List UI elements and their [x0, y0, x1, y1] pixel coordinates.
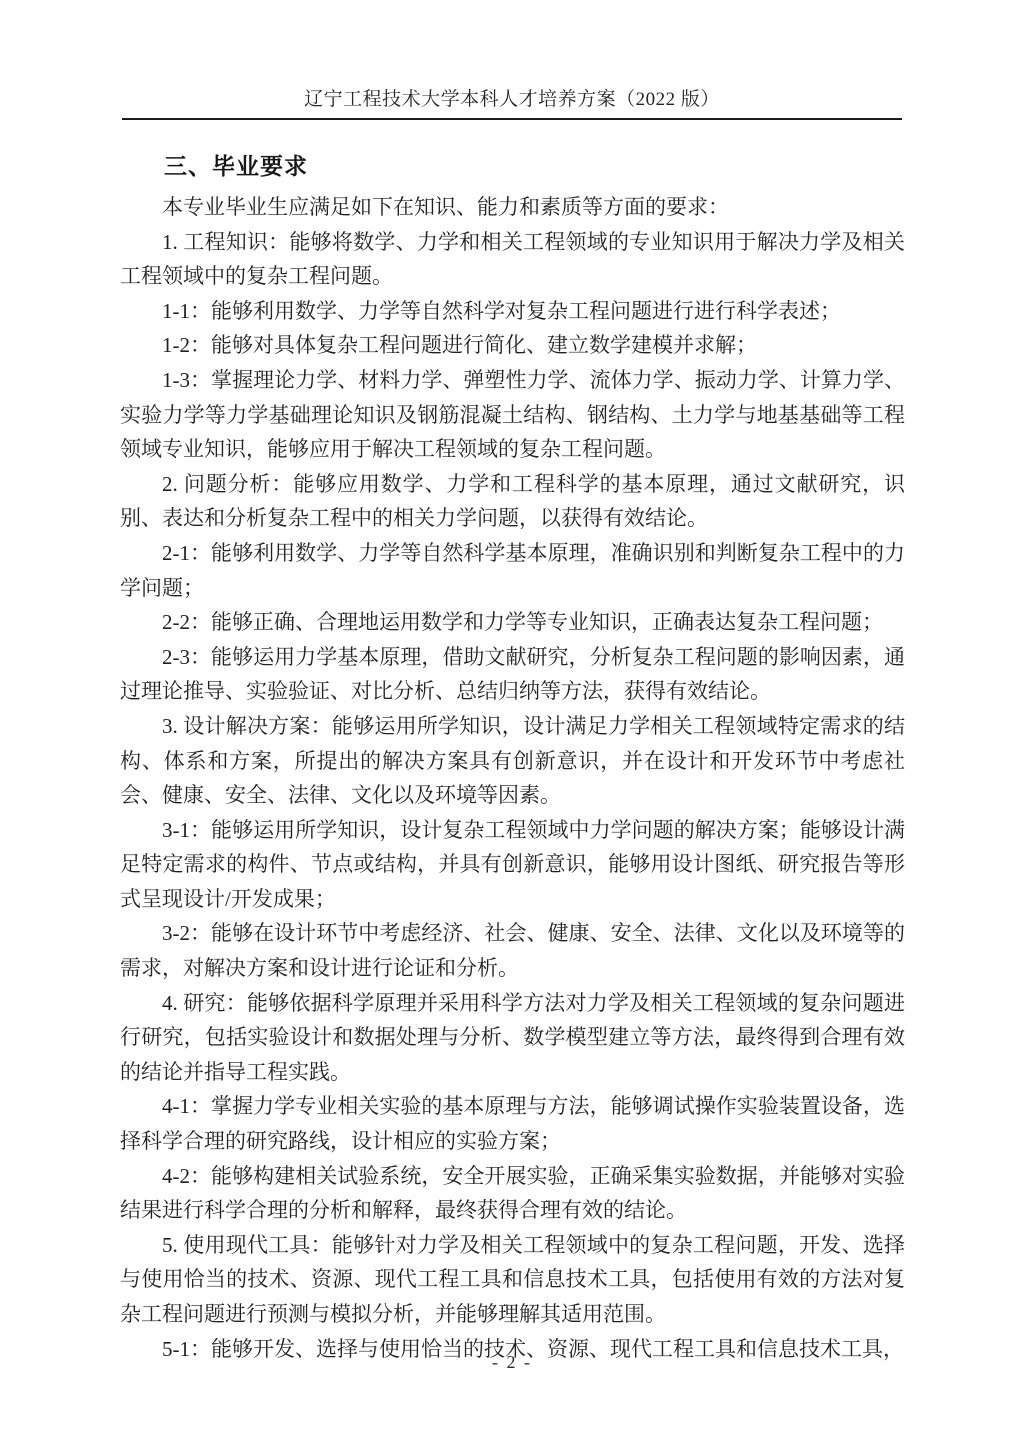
document-body: 三、毕业要求 本专业毕业生应满足如下在知识、能力和素质等方面的要求： 1. 工程…	[120, 150, 905, 1366]
body-paragraph-req-2-1: 2-1：能够利用数学、力学等自然科学基本原理，准确识别和判断复杂工程中的力学问题…	[120, 536, 905, 605]
body-paragraph-req-1-3: 1-3：掌握理论力学、材料力学、弹塑性力学、流体力学、振动力学、计算力学、实验力…	[120, 363, 905, 467]
body-paragraph-req-5: 5. 使用现代工具：能够针对力学及相关工程领域中的复杂工程问题，开发、选择与使用…	[120, 1228, 905, 1332]
body-paragraph-req-2-3: 2-3：能够运用力学基本原理，借助文献研究，分析复杂工程问题的影响因素，通过理论…	[120, 640, 905, 709]
body-paragraph-intro: 本专业毕业生应满足如下在知识、能力和素质等方面的要求：	[120, 190, 905, 225]
page-header-title: 辽宁工程技术大学本科人才培养方案（2022 版）	[122, 88, 902, 112]
body-paragraph-req-3-2: 3-2：能够在设计环节中考虑经济、社会、健康、安全、法律、文化以及环境等的需求，…	[120, 916, 905, 985]
body-paragraph-req-4-2: 4-2：能够构建相关试验系统，安全开展实验，正确采集实验数据，并能够对实验结果进…	[120, 1159, 905, 1228]
body-paragraph-req-2-2: 2-2：能够正确、合理地运用数学和力学等专业知识，正确表达复杂工程问题；	[120, 605, 905, 640]
body-paragraph-req-1: 1. 工程知识：能够将数学、力学和相关工程领域的专业知识用于解决力学及相关工程领…	[120, 225, 905, 294]
body-paragraph-req-1-2: 1-2：能够对具体复杂工程问题进行简化、建立数学建模并求解；	[120, 328, 905, 363]
header-rule	[122, 118, 902, 120]
body-paragraph-req-3-1: 3-1：能够运用所学知识，设计复杂工程领域中力学问题的解决方案；能够设计满足特定…	[120, 813, 905, 917]
body-paragraph-req-2: 2. 问题分析：能够应用数学、力学和工程科学的基本原理，通过文献研究，识别、表达…	[120, 467, 905, 536]
section-title: 三、毕业要求	[120, 150, 905, 183]
body-paragraph-req-3: 3. 设计解决方案：能够运用所学知识，设计满足力学相关工程领域特定需求的结构、体…	[120, 709, 905, 813]
body-paragraph-req-1-1: 1-1：能够利用数学、力学等自然科学对复杂工程问题进行进行科学表述；	[120, 294, 905, 329]
page-number: - 2 -	[0, 1352, 1024, 1373]
body-paragraph-req-4: 4. 研究：能够依据科学原理并采用科学方法对力学及相关工程领域的复杂问题进行研究…	[120, 986, 905, 1090]
body-paragraph-req-4-1: 4-1：掌握力学专业相关实验的基本原理与方法，能够调试操作实验装置设备，选择科学…	[120, 1089, 905, 1158]
document-page: 辽宁工程技术大学本科人才培养方案（2022 版） 三、毕业要求 本专业毕业生应满…	[0, 0, 1024, 1448]
